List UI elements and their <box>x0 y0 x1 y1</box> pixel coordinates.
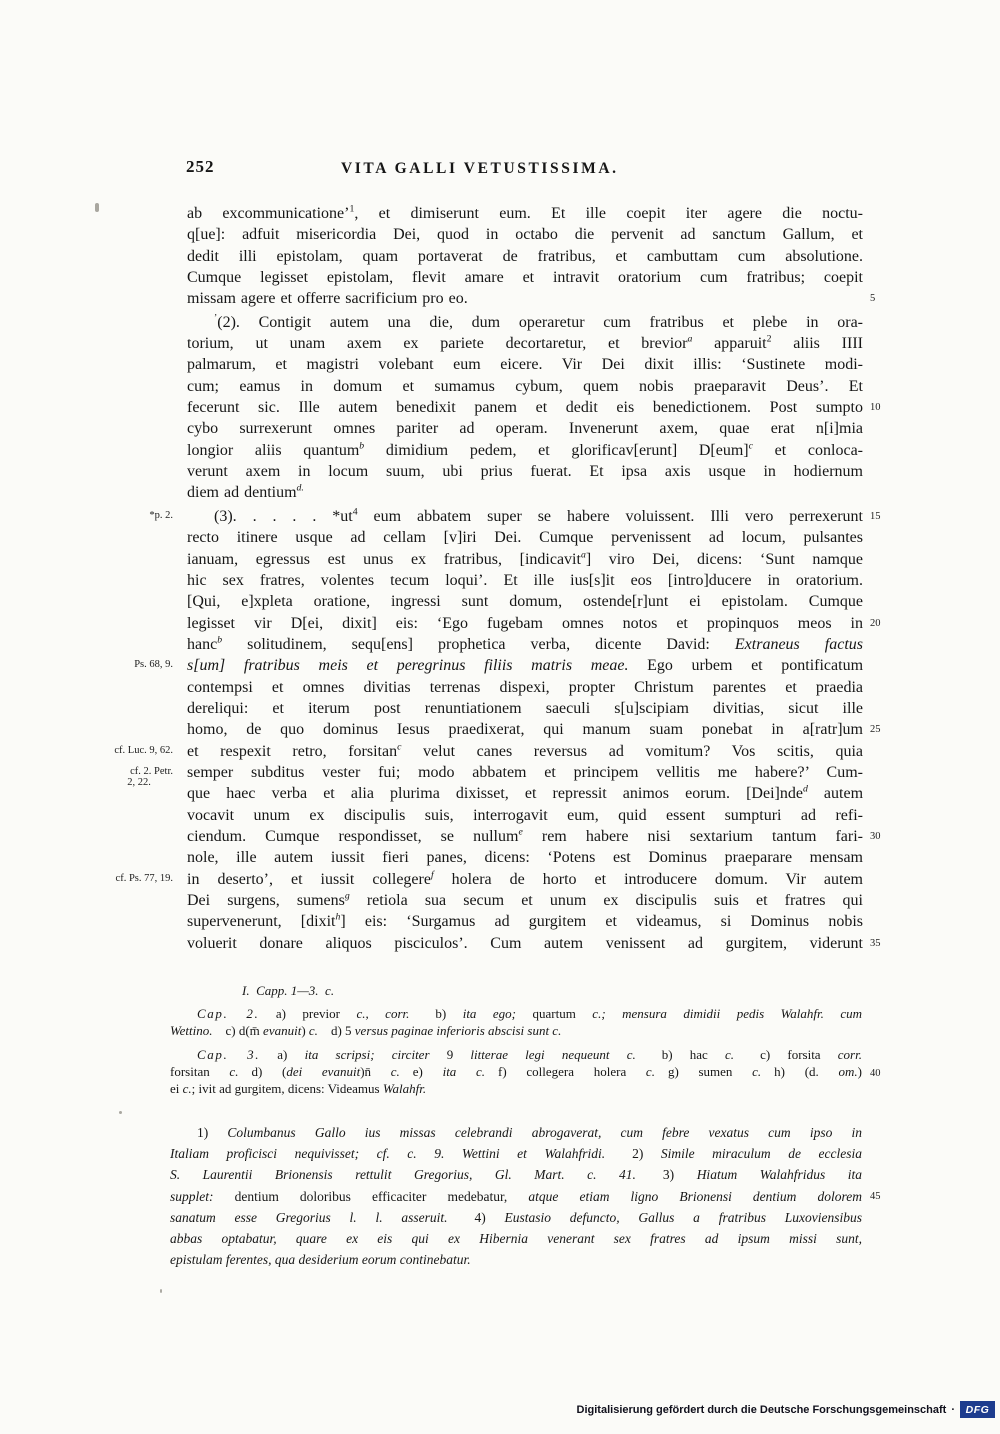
text-line: supervenerunt, [dixith] eis: ‘Surgamus a… <box>187 911 863 932</box>
text-line: torium, ut unam axem ex pariete decortar… <box>187 333 863 354</box>
text-line: Cumque legisset epistolam, flevit amare … <box>187 267 863 288</box>
text-line: que haec verba et alia plurima dixisset,… <box>187 783 863 804</box>
footnote-line: 1) Columbanus Gallo ius missas celebrand… <box>170 1122 862 1143</box>
main-text-line: voluerit donare aliquos pisciculos’. Cum… <box>187 933 863 954</box>
footnote-line: supplet: dentium doloribus efficaciter m… <box>170 1186 862 1207</box>
text-line: Wettino. c) d(m̄ evanuit) c. d) 5 versus… <box>170 1022 862 1039</box>
main-text-line: contempsi et omnes divitias terrenas dis… <box>187 677 863 698</box>
text-line: Dei surgens, sumensg retiola sua secum e… <box>187 890 863 911</box>
text-line: semper subditus vester fui; modo abbatem… <box>187 762 863 783</box>
text-line: ab excommunicatione’1, et dimiserunt eum… <box>187 203 863 224</box>
text-line: abbas optabatur, quare ex eis qui ex Hib… <box>170 1228 862 1249</box>
text-line: sanatum esse Gregorius l. l. asseruit. 4… <box>170 1207 862 1228</box>
text-line: contempsi et omnes divitias terrenas dis… <box>187 677 863 698</box>
text-line: et respexit retro, forsitanc velut canes… <box>187 741 863 762</box>
running-title: VITA GALLI VETUSTISSIMA. <box>341 160 619 178</box>
main-text-line: missam agere et offerre sacrificium pro … <box>187 288 863 309</box>
margin-note: *p. 2. <box>91 510 173 522</box>
main-text-line: supervenerunt, [dixith] eis: ‘Surgamus a… <box>187 911 863 932</box>
text-line: ianuam, egressus est unus ex fratribus, … <box>187 549 863 570</box>
footnote-line: epistulam ferentes, qua desiderium eorum… <box>170 1249 862 1270</box>
line-number: 25 <box>870 724 881 735</box>
main-text-line: dedit illi epistolam, quam portaverat de… <box>187 246 863 267</box>
margin-note: cf. Ps. 77, 19. <box>91 873 173 885</box>
digitization-credit-bar: Digitalisierung gefördert durch die Deut… <box>577 1401 995 1418</box>
main-text-line: cybo surrexerunt omnes pariter ad operam… <box>187 418 863 439</box>
main-text-line: hic sex fratres, volentes tecum loqui’. … <box>187 570 863 591</box>
main-text-line: dereliqui: et iterum post renuntiationem… <box>187 698 863 719</box>
footnote-line: sanatum esse Gregorius l. l. asseruit. 4… <box>170 1207 862 1228</box>
text-line: diem ad dentiumd. 3.....................… <box>187 482 863 503</box>
main-text-line: cum; eamus in domum et sumamus cybum, qu… <box>187 376 863 397</box>
text-line: dedit illi epistolam, quam portaverat de… <box>187 246 863 267</box>
main-text-line: cf. Ps. 77, 19.in deserto’, et iussit co… <box>187 869 863 890</box>
main-text-line: vocavit unum ex discipulis suis, interro… <box>187 805 863 826</box>
text-line: forsitan c. d) (dei evanuit)n̄ c. e) ita… <box>170 1063 862 1080</box>
main-text-line: q[ue]: adfuit misericordia Dei, quod in … <box>187 224 863 245</box>
main-text-line: que haec verba et alia plurima dixisset,… <box>187 783 863 804</box>
main-text-line: legisset vir D[ei, dixit] eis: ‘Ego fuge… <box>187 613 863 634</box>
main-text-block: ab excommunicatione’1, et dimiserunt eum… <box>187 203 863 954</box>
main-text-line: [Qui, e]xpleta oratione, ingressi sunt d… <box>187 591 863 612</box>
text-line: Italiam proficisci nequivisset; cf. c. 9… <box>170 1143 862 1164</box>
text-line: epistulam ferentes, qua desiderium eorum… <box>170 1249 862 1270</box>
critical-apparatus-block: I. Capp. 1—3. c.Cap. 2. a) previor c., c… <box>170 982 862 1097</box>
text-line: ciendum. Cumque respondisset, se nullume… <box>187 826 863 847</box>
text-line: I. Capp. 1—3. c. <box>170 982 862 999</box>
footnotes-block: 1) Columbanus Gallo ius missas celebrand… <box>170 1122 862 1270</box>
text-line: [Qui, e]xpleta oratione, ingressi sunt d… <box>187 591 863 612</box>
main-text-line: recto itinere usque ad cellam [v]iri Dei… <box>187 527 863 548</box>
footnote-line: S. Laurentii Brionensis rettulit Gregori… <box>170 1164 862 1185</box>
text-line: S. Laurentii Brionensis rettulit Gregori… <box>170 1164 862 1185</box>
main-text-line: *p. 2.(3). . . . . *ut4 eum abbatem supe… <box>187 506 863 527</box>
apparatus-line: ei c.; ivit ad gurgitem, dicens: Videamu… <box>170 1080 862 1097</box>
text-line: 1) Columbanus Gallo ius missas celebrand… <box>170 1122 862 1143</box>
main-text-line: ’(2). Contigit autem una die, dum operar… <box>187 312 863 333</box>
text-line: supplet: dentium doloribus efficaciter m… <box>170 1186 862 1207</box>
dfg-logo: DFG <box>960 1401 995 1418</box>
scan-speck <box>119 1111 122 1114</box>
apparatus-line: Wettino. c) d(m̄ evanuit) c. d) 5 versus… <box>170 1022 862 1039</box>
margin-note: Ps. 68, 9. <box>91 659 173 671</box>
text-line: Cap. 3. a) ita scripsi; circiter 9 litte… <box>170 1046 862 1063</box>
text-line: missam agere et offerre sacrificium pro … <box>187 288 863 309</box>
text-line: q[ue]: adfuit misericordia Dei, quod in … <box>187 224 863 245</box>
margin-note: cf. 2. Petr.2, 22. <box>91 766 173 789</box>
scan-speck <box>160 1289 162 1293</box>
text-line: Cap. 2. a) previor c., corr. b) ita ego;… <box>170 1005 862 1022</box>
main-text-line: Cumque legisset epistolam, flevit amare … <box>187 267 863 288</box>
text-line: cum; eamus in domum et sumamus cybum, qu… <box>187 376 863 397</box>
line-number: 5 <box>870 293 875 304</box>
apparatus-line: Cap. 2. a) previor c., corr. b) ita ego;… <box>170 1005 862 1022</box>
line-number: 20 <box>870 618 881 629</box>
main-text-line: torium, ut unam axem ex pariete decortar… <box>187 333 863 354</box>
text-line: fecerunt sic. Ille autem benedixit panem… <box>187 397 863 418</box>
main-text-line: ianuam, egressus est unus ex fratribus, … <box>187 549 863 570</box>
scan-speck <box>95 203 99 212</box>
footnote-line: Italiam proficisci nequivisset; cf. c. 9… <box>170 1143 862 1164</box>
main-text-line: ab excommunicatione’1, et dimiserunt eum… <box>187 203 863 224</box>
text-line: (3). . . . . *ut4 eum abbatem super se h… <box>187 506 863 527</box>
footnote-line: abbas optabatur, quare ex eis qui ex Hib… <box>170 1228 862 1249</box>
credit-text: Digitalisierung gefördert durch die Deut… <box>577 1404 947 1416</box>
text-line: legisset vir D[ei, dixit] eis: ‘Ego fuge… <box>187 613 863 634</box>
text-line: s[um] fratribus meis et peregrinus filii… <box>187 655 863 676</box>
main-text-line: fecerunt sic. Ille autem benedixit panem… <box>187 397 863 418</box>
main-text-line: longior aliis quantumb dimidium pedem, e… <box>187 440 863 461</box>
separator-dot: · <box>951 1404 955 1416</box>
line-number: 15 <box>870 511 881 522</box>
text-line: dereliqui: et iterum post renuntiationem… <box>187 698 863 719</box>
text-line: voluerit donare aliquos pisciculos’. Cum… <box>187 933 863 954</box>
main-text-line: Dei surgens, sumensg retiola sua secum e… <box>187 890 863 911</box>
text-line: vocavit unum ex discipulis suis, interro… <box>187 805 863 826</box>
text-line: ’(2). Contigit autem una die, dum operar… <box>187 312 863 333</box>
apparatus-line: Cap. 3. a) ita scripsi; circiter 9 litte… <box>170 1046 862 1063</box>
text-line: cybo surrexerunt omnes pariter ad operam… <box>187 418 863 439</box>
text-line: in deserto’, et iussit collegeref holera… <box>187 869 863 890</box>
line-number: 10 <box>870 402 881 413</box>
line-number: 35 <box>870 938 881 949</box>
text-line: longior aliis quantumb dimidium pedem, e… <box>187 440 863 461</box>
main-text-line: hancb solitudinem, sequ[ens] prophetica … <box>187 634 863 655</box>
page-number: 252 <box>186 157 215 177</box>
line-number: 30 <box>870 831 881 842</box>
main-text-line: ciendum. Cumque respondisset, se nullume… <box>187 826 863 847</box>
main-text-line: homo, de quo dominus Iesus praedixerat, … <box>187 719 863 740</box>
main-text-line: cf. Luc. 9, 62.et respexit retro, forsit… <box>187 741 863 762</box>
line-number: 45 <box>870 1191 881 1202</box>
apparatus-line: I. Capp. 1—3. c. <box>170 982 862 999</box>
line-number: 40 <box>870 1068 881 1079</box>
text-line: palmarum, et magistri volebant eum eicer… <box>187 354 863 375</box>
main-text-line: cf. 2. Petr.2, 22.semper subditus vester… <box>187 762 863 783</box>
margin-note: cf. Luc. 9, 62. <box>91 745 173 757</box>
main-text-line: nole, ille autem iussit fieri panes, dic… <box>187 847 863 868</box>
main-text-line: palmarum, et magistri volebant eum eicer… <box>187 354 863 375</box>
apparatus-line: forsitan c. d) (dei evanuit)n̄ c. e) ita… <box>170 1063 862 1080</box>
document-page: 252 VITA GALLI VETUSTISSIMA. ab excommun… <box>0 0 1000 1434</box>
text-line: hancb solitudinem, sequ[ens] prophetica … <box>187 634 863 655</box>
main-text-line: diem ad dentiumd. 3.....................… <box>187 482 863 503</box>
text-line: nole, ille autem iussit fieri panes, dic… <box>187 847 863 868</box>
main-text-line: verunt axem in locum suum, ubi prius fue… <box>187 461 863 482</box>
main-text-line: Ps. 68, 9.s[um] fratribus meis et peregr… <box>187 655 863 676</box>
text-line: verunt axem in locum suum, ubi prius fue… <box>187 461 863 482</box>
text-line: recto itinere usque ad cellam [v]iri Dei… <box>187 527 863 548</box>
text-line: homo, de quo dominus Iesus praedixerat, … <box>187 719 863 740</box>
text-line: ei c.; ivit ad gurgitem, dicens: Videamu… <box>170 1080 862 1097</box>
text-line: hic sex fratres, volentes tecum loqui’. … <box>187 570 863 591</box>
